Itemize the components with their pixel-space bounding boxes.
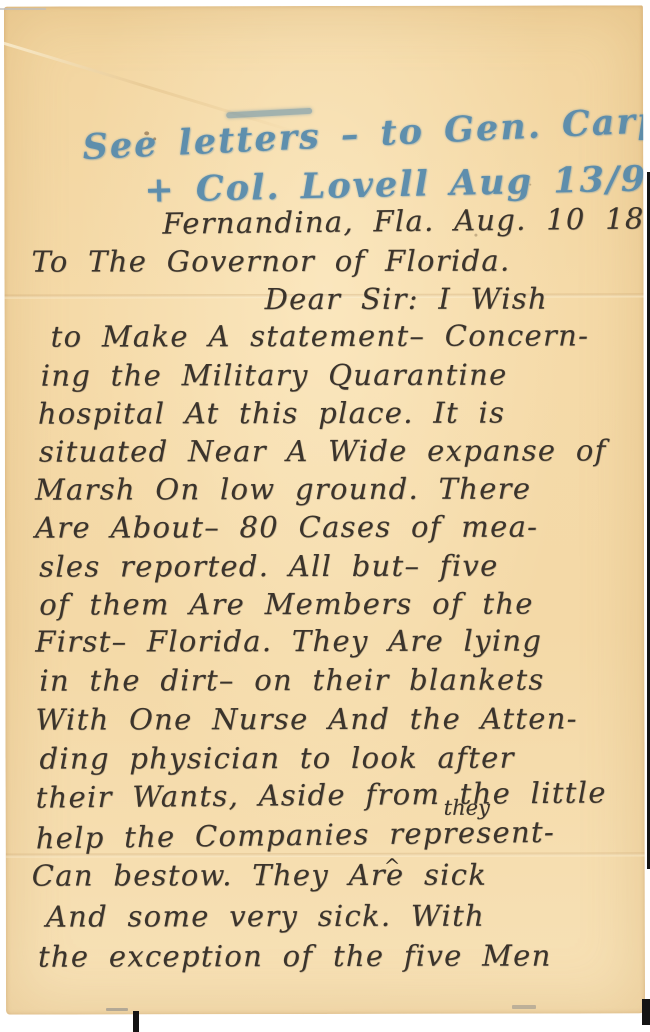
letter-body-line: the exception of the five Men (38, 939, 552, 974)
letter-sheet: See letters – to Gen. Carpenter – + Col.… (4, 5, 645, 1014)
interlinear-insertion: they (444, 796, 490, 820)
letter-dateline: Fernandina, Fla. Aug. 10 1898. (162, 201, 645, 241)
letter-body-line: help the Companies represent- (35, 815, 555, 856)
scanner-edge-artifact (133, 1011, 139, 1032)
letter-body-line: And some very sick. With (46, 899, 485, 934)
letter-body-line: situated Near A Wide expanse of (39, 433, 607, 468)
archival-annotation-line-1: See letters – to Gen. Carpenter – (82, 92, 645, 168)
insertion-caret: ^ (384, 854, 401, 878)
letter-body-line: First– Florida. They Are lying (35, 624, 542, 659)
scanner-edge-artifact (106, 1008, 128, 1011)
letter-body-line: ding physician to look after (39, 741, 514, 776)
scanner-edge-artifact (512, 1005, 536, 1009)
letter-address-line: To The Governor of Florida. (31, 244, 510, 279)
letter-body-line: sles reported. All but– five (39, 549, 499, 584)
letter-salutation: Dear Sir: I Wish (265, 282, 548, 317)
letter-body-line: Can bestow. They Are sick (32, 858, 487, 893)
letter-body-line: With One Nurse And the Atten- (35, 701, 577, 736)
scanner-edge-artifact (0, 8, 46, 10)
letter-body-line: their Wants, Aside from the little (35, 775, 606, 814)
letter-body-line: Are About– 80 Cases of mea- (35, 510, 538, 545)
letter-body-line: ing the Military Quarantine (41, 358, 508, 393)
letter-body-line: Marsh On low ground. There (35, 472, 531, 507)
letter-body-line: in the dirt– on their blankets (39, 663, 544, 698)
scanned-document-view: { "document": { "kind": "handwritten let… (0, 0, 650, 1032)
letter-body-line: to Make A statement– Concern- (51, 318, 590, 353)
letter-body-line: of them Are Members of the (39, 587, 534, 622)
scanner-edge-artifact (642, 999, 650, 1025)
letter-body-line: hospital At this place. It is (38, 396, 506, 431)
